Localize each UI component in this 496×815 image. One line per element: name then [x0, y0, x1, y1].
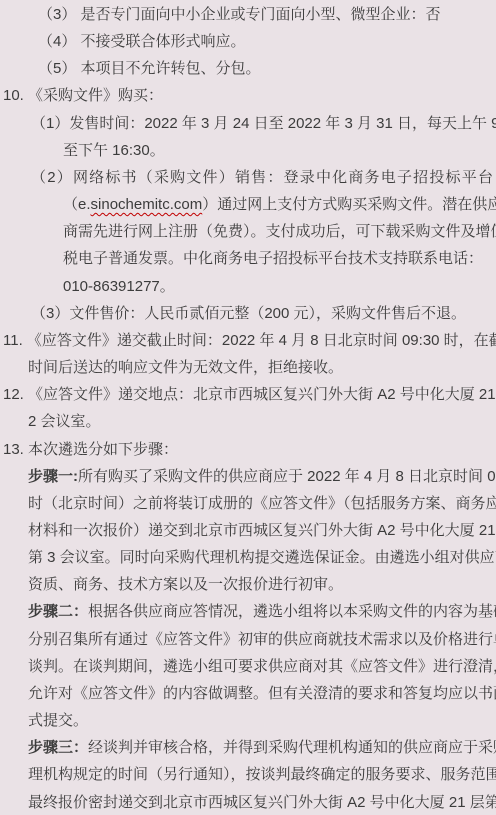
text-segment: （e. — [63, 196, 91, 213]
text-segment: 10. 《采购文件》购买： — [3, 87, 163, 104]
text-segment: 所有购买了采购文件的供应商应于 2022 年 4 月 8 日北京时间 09:30 — [78, 468, 496, 485]
text-line: （1）发售时间：2022 年 3 月 24 日至 2022 年 3 月 31 日… — [0, 110, 496, 137]
text-line: 材料和一次报价）递交到北京市西城区复兴门外大街 A2 号中化大厦 21 层 — [0, 517, 496, 544]
text-line: （3）文件售价：人民币贰佰元整（200 元），采购文件售后不退。 — [0, 300, 496, 327]
text-line: 商需先进行网上注册（免费）。支付成功后，可下载采购文件及增值 — [0, 218, 496, 245]
text-segment: （5） 本项目不允许转包、分包。 — [38, 60, 261, 77]
text-segment: 谈判。在谈判期间，遴选小组可要求供应商对其《应答文件》进行澄清，并 — [28, 658, 496, 675]
text-segment: 步骤二： — [28, 603, 88, 620]
text-segment: 010-86391277。 — [63, 278, 175, 295]
text-segment: 材料和一次报价）递交到北京市西城区复兴门外大街 A2 号中化大厦 21 层 — [28, 522, 496, 539]
text-line: 步骤一:所有购买了采购文件的供应商应于 2022 年 4 月 8 日北京时间 0… — [0, 463, 496, 490]
text-line: 时间后送达的响应文件为无效文件，拒绝接收。 — [0, 354, 496, 381]
text-segment: 11. 《应答文件》递交截止时间：2022 年 4 月 8 日北京时间 09:3… — [3, 332, 496, 349]
text-line: 允许对《应答文件》的内容做调整。但有关澄清的要求和答复均应以书面形 — [0, 680, 496, 707]
text-segment: 时间后送达的响应文件为无效文件，拒绝接收。 — [28, 359, 343, 376]
text-segment: （1）发售时间：2022 年 3 月 24 日至 2022 年 3 月 31 日… — [31, 115, 496, 132]
document-body: （3） 是否专门面向中小企业或专门面向小型、微型企业：否（4） 不接受联合体形式… — [0, 1, 496, 815]
text-line: 式提交。 — [0, 707, 496, 734]
text-line: （2）网络标书（采购文件）销售：登录中化商务电子招投标平台 — [0, 164, 496, 191]
text-line: （e.sinochemitc.com）通过网上支付方式购买采购文件。潜在供应 — [0, 191, 496, 218]
text-line: 步骤二：根据各供应商应答情况，遴选小组将以本采购文件的内容为基础， — [0, 598, 496, 625]
text-line: 税电子普通发票。中化商务电子招投标平台技术支持联系电话： — [0, 245, 496, 272]
text-segment: 时（北京时间）之前将装订成册的《应答文件》（包括服务方案、商务应答 — [28, 495, 496, 512]
text-segment: 式提交。 — [28, 712, 88, 729]
procurement-document-page: （3） 是否专门面向中小企业或专门面向小型、微型企业：否（4） 不接受联合体形式… — [0, 0, 496, 815]
text-line: 分别召集所有通过《应答文件》初审的供应商就技术需求以及价格进行单独 — [0, 626, 496, 653]
text-line: 13. 本次遴选分如下步骤： — [0, 436, 496, 463]
text-segment: 商需先进行网上注册（免费）。支付成功后，可下载采购文件及增值 — [63, 223, 496, 240]
text-line: 010-86391277。 — [0, 273, 496, 300]
text-line: 11. 《应答文件》递交截止时间：2022 年 4 月 8 日北京时间 09:3… — [0, 327, 496, 354]
text-line: 资质、商务、技术方案以及一次报价进行初审。 — [0, 571, 496, 598]
text-segment: 税电子普通发票。中化商务电子招投标平台技术支持联系电话： — [63, 250, 483, 267]
text-line: 时（北京时间）之前将装订成册的《应答文件》（包括服务方案、商务应答 — [0, 490, 496, 517]
text-segment: 步骤一: — [28, 468, 78, 485]
text-segment: 根据各供应商应答情况，遴选小组将以本采购文件的内容为基础， — [88, 603, 496, 620]
text-segment: （2）网络标书（采购文件）销售：登录中化商务电子招投标平台 — [31, 169, 494, 186]
text-segment: 理机构规定的时间（另行通知），按谈判最终确定的服务要求、服务范围将 — [28, 766, 496, 783]
text-line: 第 3 会议室。同时向采购代理机构提交遴选保证金。由遴选小组对供应商的 — [0, 544, 496, 571]
text-segment: （4） 不接受联合体形式响应。 — [38, 33, 246, 50]
text-segment: 经谈判并审核合格，并得到采购代理机构通知的供应商应于采购代 — [88, 739, 496, 756]
text-segment: 资质、商务、技术方案以及一次报价进行初审。 — [28, 576, 343, 593]
text-segment: 第 3 会议室。同时向采购代理机构提交遴选保证金。由遴选小组对供应商的 — [28, 549, 496, 566]
text-line: 谈判。在谈判期间，遴选小组可要求供应商对其《应答文件》进行澄清，并 — [0, 653, 496, 680]
text-segment: 2 会议室。 — [28, 413, 101, 430]
text-line: （5） 本项目不允许转包、分包。 — [0, 55, 496, 82]
url-text-spellcheck: sinochemitc.com — [91, 196, 203, 213]
text-segment: 至下午 16:30。 — [63, 142, 165, 159]
text-segment: 分别召集所有通过《应答文件》初审的供应商就技术需求以及价格进行单独 — [28, 631, 496, 648]
text-segment: 允许对《应答文件》的内容做调整。但有关澄清的要求和答复均应以书面形 — [28, 685, 496, 702]
text-line: 至下午 16:30。 — [0, 137, 496, 164]
text-line: （3） 是否专门面向中小企业或专门面向小型、微型企业：否 — [0, 1, 496, 28]
text-line: （4） 不接受联合体形式响应。 — [0, 28, 496, 55]
text-line: 2 会议室。 — [0, 408, 496, 435]
text-segment: 13. 本次遴选分如下步骤： — [3, 441, 178, 458]
text-segment: （3）文件售价：人民币贰佰元整（200 元），采购文件售后不退。 — [31, 305, 466, 322]
text-segment: （3） 是否专门面向中小企业或专门面向小型、微型企业：否 — [38, 6, 441, 23]
text-line: 步骤三：经谈判并审核合格，并得到采购代理机构通知的供应商应于采购代 — [0, 734, 496, 761]
text-line: 10. 《采购文件》购买： — [0, 82, 496, 109]
text-segment: 步骤三： — [28, 739, 88, 756]
text-line: 12. 《应答文件》递交地点：北京市西城区复兴门外大街 A2 号中化大厦 21 … — [0, 381, 496, 408]
text-segment: ）通过网上支付方式购买采购文件。潜在供应 — [202, 196, 496, 213]
text-line: 理机构规定的时间（另行通知），按谈判最终确定的服务要求、服务范围将 — [0, 761, 496, 788]
text-segment: 12. 《应答文件》递交地点：北京市西城区复兴门外大街 A2 号中化大厦 21 … — [3, 386, 496, 403]
text-line: 最终报价密封递交到北京市西城区复兴门外大街 A2 号中化大厦 21 层第 3 — [0, 789, 496, 815]
text-segment: 最终报价密封递交到北京市西城区复兴门外大街 A2 号中化大厦 21 层第 3 — [28, 794, 496, 811]
